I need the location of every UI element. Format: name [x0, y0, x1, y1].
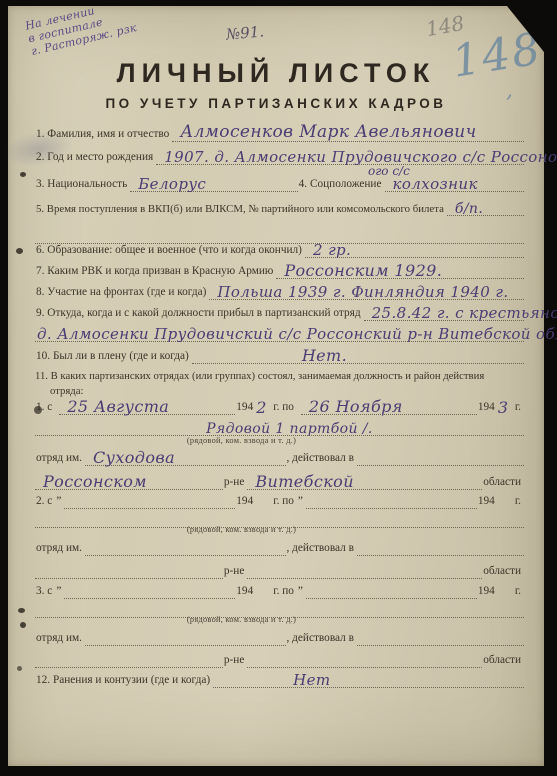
service-entry-dates: 1. с 25 Августа 194 2 г. по 26 Ноября 19…	[35, 401, 524, 415]
handwritten-value: 25.8.42 г. с крестьянск.	[372, 305, 557, 322]
handwritten-year-digit: 3	[498, 399, 509, 417]
field-label: 8. Участие на фронтах (где и когда)	[35, 286, 209, 300]
service-entry-otryad: отряд им. , действовал в	[35, 632, 524, 646]
field-row-birth: 2. Год и место рождения 1907. д. Алмосен…	[35, 151, 524, 165]
field-label: 1. Фамилия, имя и отчество	[35, 128, 172, 142]
otryad-label: отряд им.	[35, 632, 85, 646]
year-digit-slot	[256, 496, 272, 509]
handwritten-value: Белорус	[138, 176, 206, 193]
role-caption: (рядовой, ком. взвода и т. д.)	[0, 525, 486, 534]
ink-blot	[18, 608, 25, 613]
field-row-education: 6. Образование: общее и военное (что и к…	[35, 244, 524, 258]
entry-number: 2. с	[35, 495, 55, 509]
otryad-line: Суходова	[85, 452, 286, 466]
role-caption: (рядовой, ком. взвода и т. д.)	[0, 615, 486, 624]
oblast-label: области	[482, 565, 524, 579]
field-line: Алмосенков Марк Авельянович	[172, 128, 524, 142]
field-label: 10. Был ли в плену (где и когда)	[35, 350, 192, 364]
handwritten-value: колхозник	[393, 176, 478, 193]
field-line: б/п.	[447, 202, 524, 216]
handwritten-value: б/п.	[455, 201, 483, 217]
field-row-captivity: 10. Был ли в плену (где и когда) Нет.	[35, 350, 524, 364]
date-line: 26 Ноября	[301, 401, 477, 415]
date-line	[64, 585, 235, 599]
field-line: Нет	[213, 674, 524, 688]
field-line: Россонским 1929.	[276, 265, 524, 279]
field-row-fronts: 8. Участие на фронтах (где и когда) Поль…	[35, 286, 524, 300]
date-line	[306, 585, 477, 599]
service-entry-dates: 3. с ” 194 г. по ” 194 г.	[35, 585, 524, 599]
year-digit-slot	[498, 586, 514, 599]
oblast-label: области	[482, 476, 524, 490]
doc-number: №91.	[225, 22, 264, 43]
rne-label: р-не	[223, 565, 247, 579]
service-entry-dates: 2. с ” 194 г. по ” 194 г.	[35, 495, 524, 509]
date-line	[64, 495, 235, 509]
oblast-line: Витебской	[247, 476, 482, 490]
acted-line	[357, 452, 524, 466]
field-label: 2. Год и место рождения	[35, 151, 156, 165]
district-line	[35, 565, 223, 579]
handwritten-date: 25 Августа	[67, 398, 169, 416]
g-label: г.	[514, 401, 524, 415]
note-annotation: На лечении в госпитале г. Расторяж. рзк	[24, 0, 138, 58]
entry-number: 3. с	[35, 585, 55, 599]
field-label: 4. Соцположение	[298, 178, 385, 192]
year-digit-slot: 2	[256, 402, 272, 415]
handwritten-value: Нет.	[302, 347, 347, 365]
role-caption: (рядовой, ком. взвода и т. д.)	[0, 436, 486, 445]
year-digit-slot: 3	[498, 402, 514, 415]
acted-label: , действовал в	[286, 632, 357, 646]
acted-label: , действовал в	[286, 542, 357, 556]
field-line	[35, 230, 524, 244]
handwritten-otryad: Суходова	[93, 449, 175, 467]
g-po-label: г. по	[272, 585, 297, 599]
field-label: 6. Образование: общее и военное (что и к…	[35, 244, 305, 258]
district-line	[35, 654, 223, 668]
ditto-mark: ”	[297, 495, 306, 509]
empty-line	[35, 230, 524, 244]
acted-label: , действовал в	[286, 452, 357, 466]
service-section-intro2: отряда:	[35, 385, 524, 397]
handwritten-value: Нет	[293, 672, 330, 689]
ditto-mark: ”	[55, 585, 64, 599]
year-prefix: 194	[235, 495, 256, 509]
rne-label: р-не	[223, 654, 247, 668]
field-row-surname: 1. Фамилия, имя и отчество Алмосенков Ма…	[35, 128, 524, 142]
date-line: 25 Августа	[59, 401, 235, 415]
field-row-party: 5. Время поступления в ВКП(б) или ВЛКСМ,…	[35, 202, 524, 216]
otryad-line	[85, 542, 286, 556]
hole-punch-mark	[34, 406, 42, 414]
field-row-arrival: 9. Откуда, когда и с какой должности при…	[35, 307, 524, 321]
otryad-line	[85, 632, 286, 646]
handwritten-value: д. Алмосенки Прудовичский с/с Россонский…	[37, 326, 557, 343]
field-row-rvk: 7. Каким РВК и когда призван в Красную А…	[35, 265, 524, 279]
field-line: 2 гр.	[305, 244, 524, 258]
ink-blot	[16, 248, 23, 254]
handwritten-value: Россонским 1929.	[284, 262, 442, 280]
field-label: 5. Время поступления в ВКП(б) или ВЛКСМ,…	[35, 203, 447, 216]
field-row-arrival-cont: д. Алмосенки Прудовичский с/с Россонский…	[35, 328, 524, 342]
year-prefix: 194	[477, 585, 498, 599]
field-line: колхозник	[385, 178, 525, 192]
handwritten-oblast: Витебской	[255, 473, 354, 491]
ink-blot	[20, 172, 26, 177]
handwritten-district: Россонском	[43, 473, 147, 491]
field-line: Нет.	[192, 350, 524, 364]
handwritten-value: 2 гр.	[313, 242, 351, 259]
year-digit-slot	[498, 496, 514, 509]
handwritten-value: 1907. д. Алмосенки Прудовичского с/с Рос…	[164, 149, 557, 166]
g-label: г.	[514, 585, 524, 599]
service-section-intro: 11. В каких партизанских отрядах (или гр…	[35, 370, 524, 382]
service-entry-role: Рядовой 1 партбой /.	[35, 422, 524, 436]
service-entry-region: Россонском р-не Витебской области	[35, 476, 524, 490]
field-line: д. Алмосенки Прудовичский с/с Россонский…	[35, 328, 524, 342]
g-po-label: г. по	[272, 495, 297, 509]
role-line: Рядовой 1 партбой /.	[35, 422, 524, 436]
service-entry-otryad: отряд им. , действовал в	[35, 542, 524, 556]
acted-line	[357, 542, 524, 556]
field-line: 25.8.42 г. с крестьянск.	[364, 307, 524, 321]
acted-line	[357, 632, 524, 646]
otryad-label: отряд им.	[35, 452, 85, 466]
field-label: 12. Ранения и контузии (где и когда)	[35, 674, 213, 688]
g-label: г.	[514, 495, 524, 509]
oblast-line	[247, 654, 482, 668]
field-row-nationality: 3. Национальность Белорус 4. Соцположени…	[35, 178, 524, 192]
oblast-line	[247, 565, 482, 579]
field-line: 1907. д. Алмосенки Прудовичского с/с Рос…	[156, 151, 524, 165]
form-subtitle: ПО УЧЕТУ ПАРТИЗАНСКИХ КАДРОВ	[8, 96, 544, 111]
service-entry-region: р-не области	[35, 654, 524, 668]
ditto-mark: ”	[55, 495, 64, 509]
oblast-label: области	[482, 654, 524, 668]
field-label: 9. Откуда, когда и с какой должности при…	[35, 307, 364, 321]
service-entry-otryad: отряд им. Суходова , действовал в	[35, 452, 524, 466]
ink-blot	[17, 666, 22, 671]
form-title: ЛИЧНЫЙ ЛИСТОК	[8, 58, 544, 89]
year-prefix: 194	[477, 495, 498, 509]
field-line: Польша 1939 г. Финляндия 1940 г.	[209, 286, 524, 300]
district-line: Россонском	[35, 476, 223, 490]
field-line: Белорус	[130, 178, 297, 192]
handwritten-year-digit: 2	[256, 399, 267, 417]
year-prefix: 194	[235, 401, 256, 415]
field-label: 3. Национальность	[35, 178, 130, 192]
ink-blot	[20, 622, 26, 628]
scanned-form-page: На лечении в госпитале г. Расторяж. рзк …	[8, 6, 544, 766]
handwritten-role: Рядовой 1 партбой /.	[206, 421, 373, 437]
date-line	[306, 495, 477, 509]
handwritten-value: Польша 1939 г. Финляндия 1940 г.	[217, 284, 508, 301]
year-prefix: 194	[235, 585, 256, 599]
rne-label: р-не	[223, 476, 247, 490]
service-entry-region: р-не области	[35, 565, 524, 579]
field-label: 7. Каким РВК и когда призван в Красную А…	[35, 265, 276, 279]
year-digit-slot	[256, 586, 272, 599]
handwritten-date: 26 Ноября	[309, 398, 403, 416]
g-po-label: г. по	[272, 401, 297, 415]
ditto-mark: ”	[297, 585, 306, 599]
otryad-label: отряд им.	[35, 542, 85, 556]
handwritten-value: Алмосенков Марк Авельянович	[180, 123, 476, 143]
field-row-wounds: 12. Ранения и контузии (где и когда) Нет	[35, 674, 524, 688]
year-prefix: 194	[477, 401, 498, 415]
